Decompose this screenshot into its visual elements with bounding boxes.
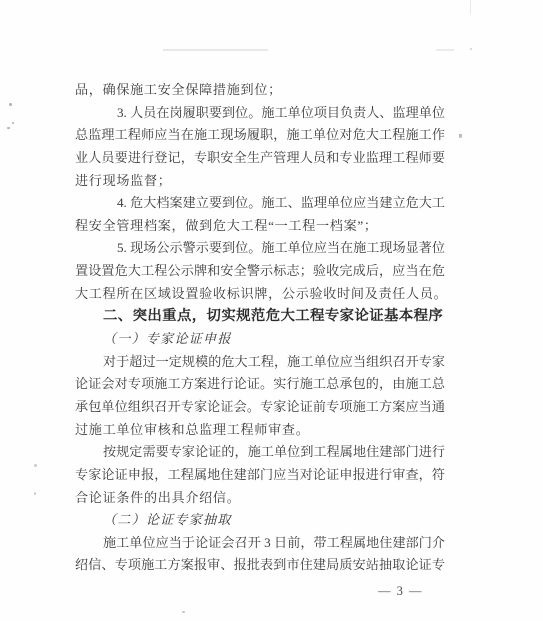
text-line: 3. 人员在岗履职要到位。施工单位项目负责人、监理单位 (75, 102, 445, 125)
text-line: 置设置危大工程公示牌和安全警示标志；验收完成后，应当在危 (75, 260, 445, 283)
text-line: 承包单位组织召开专家论证会。专家论证前专项施工方案应当通 (75, 396, 445, 419)
scan-smudge (163, 49, 268, 51)
text-line: 绍信、专项施工方案报审、报批表到市住建局质安站抽取论证专 (75, 554, 445, 577)
text-line: 程安全管理档案，做到危大工程“一工程一档案”； (75, 215, 445, 238)
scan-speck (34, 464, 37, 467)
scan-speck (9, 103, 12, 106)
text-line: 5. 现场公示警示要到位。施工单位应当在施工现场显著位 (75, 237, 445, 260)
scan-speck (182, 611, 185, 613)
text-line: （一）专家论证申报 (75, 328, 445, 351)
text-line: 专家论证申报，工程属地住建部门应当对论证申报进行审查，符 (75, 464, 445, 487)
text-line: 品，确保施工安全保障措施到位； (75, 79, 445, 102)
scan-speck (12, 122, 14, 124)
scan-smudge (470, 0, 471, 14)
scan-speck (459, 134, 462, 138)
scan-speck (7, 127, 10, 129)
page-number: — 3 — (378, 584, 423, 599)
text-line: 业人员要进行登记，专职安全生产管理人员和专业监理工程师要 (75, 147, 445, 170)
document-page: 品，确保施工安全保障措施到位；3. 人员在岗履职要到位。施工单位项目负责人、监理… (0, 0, 543, 621)
text-line: 对于超过一定规模的危大工程，施工单位应当组织召开专家 (75, 351, 445, 374)
scan-smudge (436, 49, 454, 51)
text-line: 按规定需要专家论证的，施工单位到工程属地住建部门进行 (75, 441, 445, 464)
text-line: 进行现场监督； (75, 170, 445, 193)
text-line: 合论证条件的出具介绍信。 (75, 487, 445, 510)
text-line: 总监理工程师应当在施工现场履职，施工单位对危大工程施工作 (75, 124, 445, 147)
text-line: 大工程所在区域设置验收标识牌，公示验收时间及责任人员。 (75, 283, 445, 306)
text-line: 4. 危大档案建立要到位。施工、监理单位应当建立危大工 (75, 192, 445, 215)
text-line: 论证会对专项施工方案进行论证。实行施工总承包的，由施工总 (75, 373, 445, 396)
text-line: 施工单位应当于论证会召开 3 日前，带工程属地住建部门介 (75, 532, 445, 555)
document-body: 品，确保施工安全保障措施到位；3. 人员在岗履职要到位。施工单位项目负责人、监理… (75, 79, 445, 577)
scan-speck (34, 492, 36, 495)
text-line: 二、突出重点，切实规范危大工程专家论证基本程序 (75, 305, 445, 328)
text-line: 过施工单位审核和总监理工程师审查。 (75, 419, 445, 442)
text-line: （二）论证专家抽取 (75, 509, 445, 532)
scan-speck (470, 48, 472, 50)
